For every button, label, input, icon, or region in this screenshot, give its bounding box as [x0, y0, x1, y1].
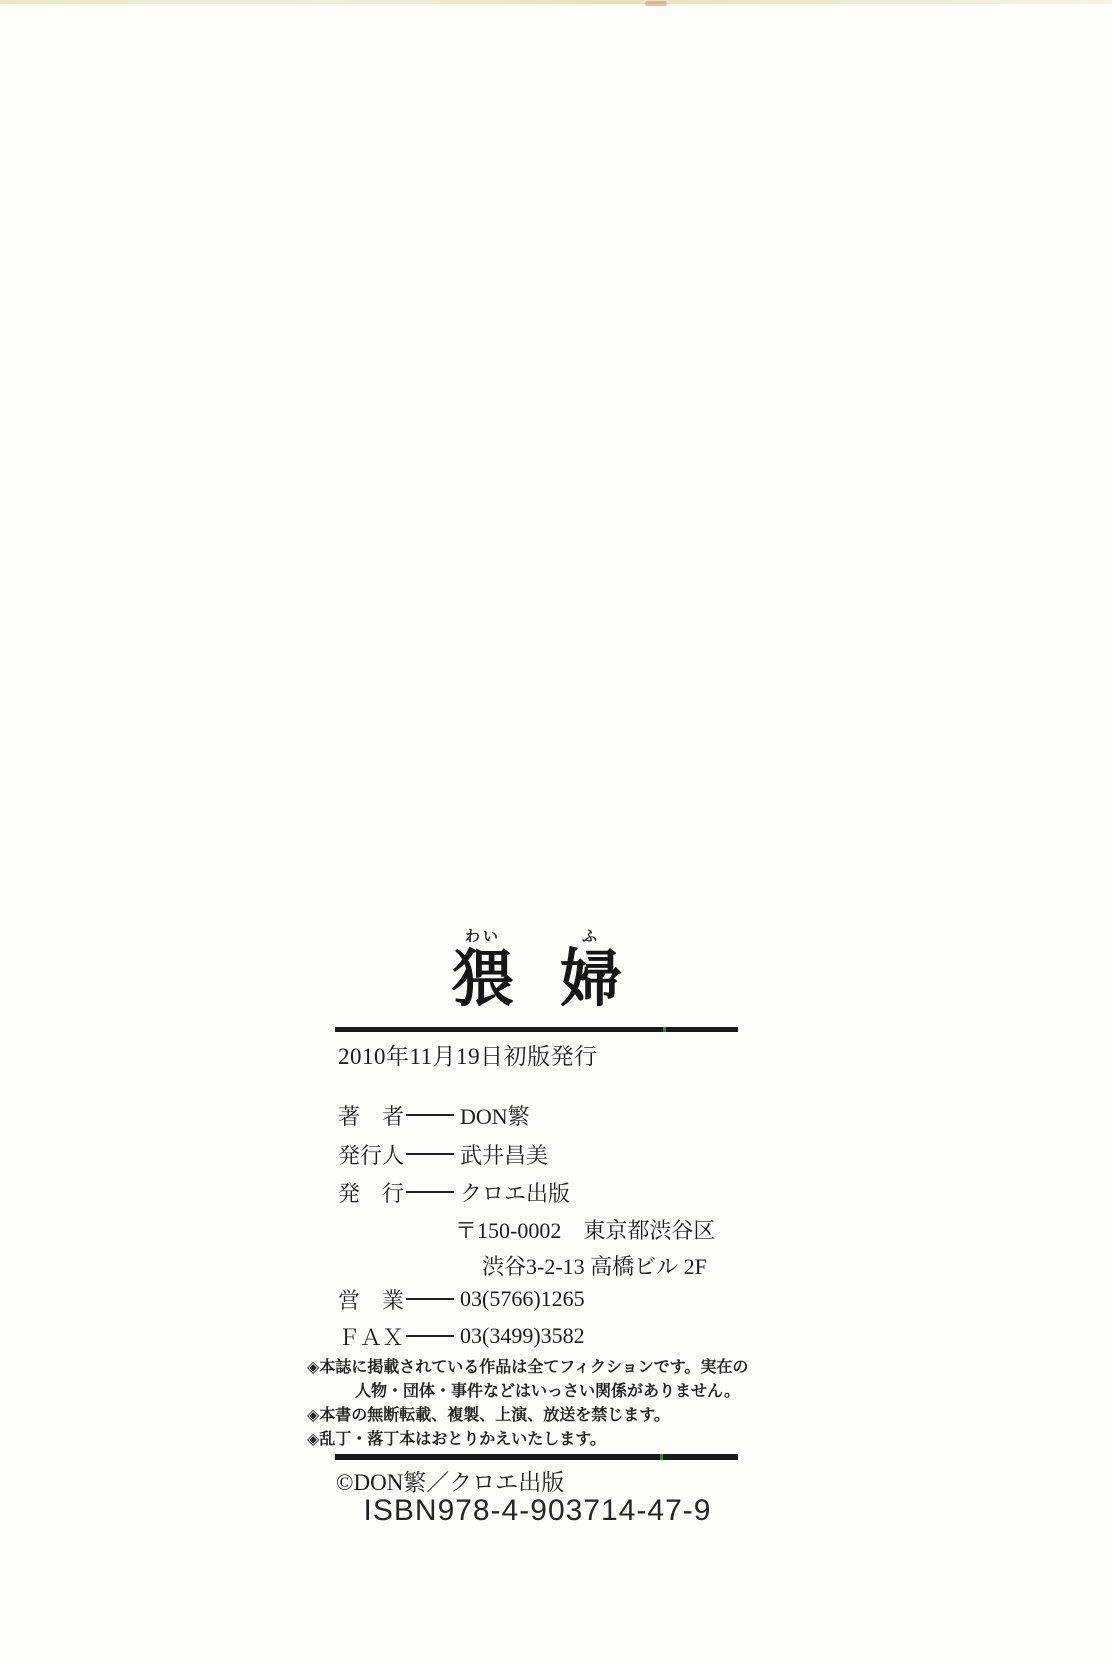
legal-notices: ◈本誌に掲載されている作品は全てフィクションです。実在の 人物・団体・事件などは… — [307, 1356, 757, 1452]
row-label: ＦＡＸ — [338, 1321, 406, 1352]
notice-line: ◈本書の無断転載、複製、上演、放送を禁じます。 — [307, 1404, 757, 1428]
row-label: 発行人 — [338, 1139, 406, 1170]
address-line-2: 渋谷3-2-13 高橋ビル 2F — [482, 1250, 707, 1281]
dash-line — [406, 1191, 454, 1193]
title-kanji: 猥 — [452, 946, 514, 1014]
row-value: クロエ出版 — [460, 1177, 570, 1208]
book-title: わい 猥 ふ 婦 — [452, 928, 622, 1014]
isbn-number: ISBN978-4-903714-47-9 — [336, 1494, 739, 1528]
footer-rule — [335, 1454, 738, 1460]
row-value: DON繁 — [460, 1100, 530, 1131]
title-char: ふ 婦 — [560, 928, 622, 1014]
row-value: 03(3499)3582 — [460, 1323, 585, 1349]
title-furigana: わい — [465, 928, 501, 946]
title-underline-rule — [335, 1027, 738, 1032]
row-label: 発 行 — [338, 1177, 406, 1208]
row-value: 03(5766)1265 — [460, 1286, 585, 1312]
notice-line: ◈本誌に掲載されている作品は全てフィクションです。実在の — [307, 1356, 757, 1380]
copyright-line: ©DON繁／クロエ出版 — [336, 1464, 564, 1497]
dash-line — [406, 1335, 454, 1337]
colophon-row-issuer: 発行人 武井昌美 — [338, 1139, 548, 1169]
green-speck-artifact — [663, 1027, 666, 1032]
colophon-row-publisher: 発 行 クロエ出版 — [338, 1177, 570, 1207]
scan-smudge-artifact — [645, 1, 667, 6]
colophon-row-sales-phone: 営 業 03(5766)1265 — [338, 1284, 585, 1314]
colophon-row-author: 著 者 DON繁 — [338, 1100, 530, 1130]
dash-line — [406, 1114, 454, 1116]
scan-top-edge-artifact — [0, 0, 1112, 4]
notice-line: 人物・団体・事件などはいっさい関係がありません。 — [307, 1380, 757, 1404]
row-value: 武井昌美 — [460, 1139, 548, 1170]
row-label: 著 者 — [338, 1100, 406, 1131]
title-char: わい 猥 — [452, 928, 514, 1014]
edition-date: 2010年11月19日初版発行 — [338, 1038, 598, 1071]
address-line-1: 〒150-0002 東京都渋谷区 — [455, 1214, 715, 1245]
row-label: 営 業 — [338, 1284, 406, 1315]
title-furigana: ふ — [582, 928, 600, 946]
notice-line: ◈乱丁・落丁本はおとりかえいたします。 — [307, 1428, 757, 1452]
green-speck-artifact — [660, 1454, 663, 1460]
dash-line — [406, 1298, 454, 1300]
colophon-row-fax: ＦＡＸ 03(3499)3582 — [338, 1321, 585, 1351]
dash-line — [406, 1153, 454, 1155]
colophon-page: わい 猥 ふ 婦 2010年11月19日初版発行 著 者 DON繁 発行人 武井… — [0, 0, 1112, 1664]
title-kanji: 婦 — [560, 946, 622, 1014]
